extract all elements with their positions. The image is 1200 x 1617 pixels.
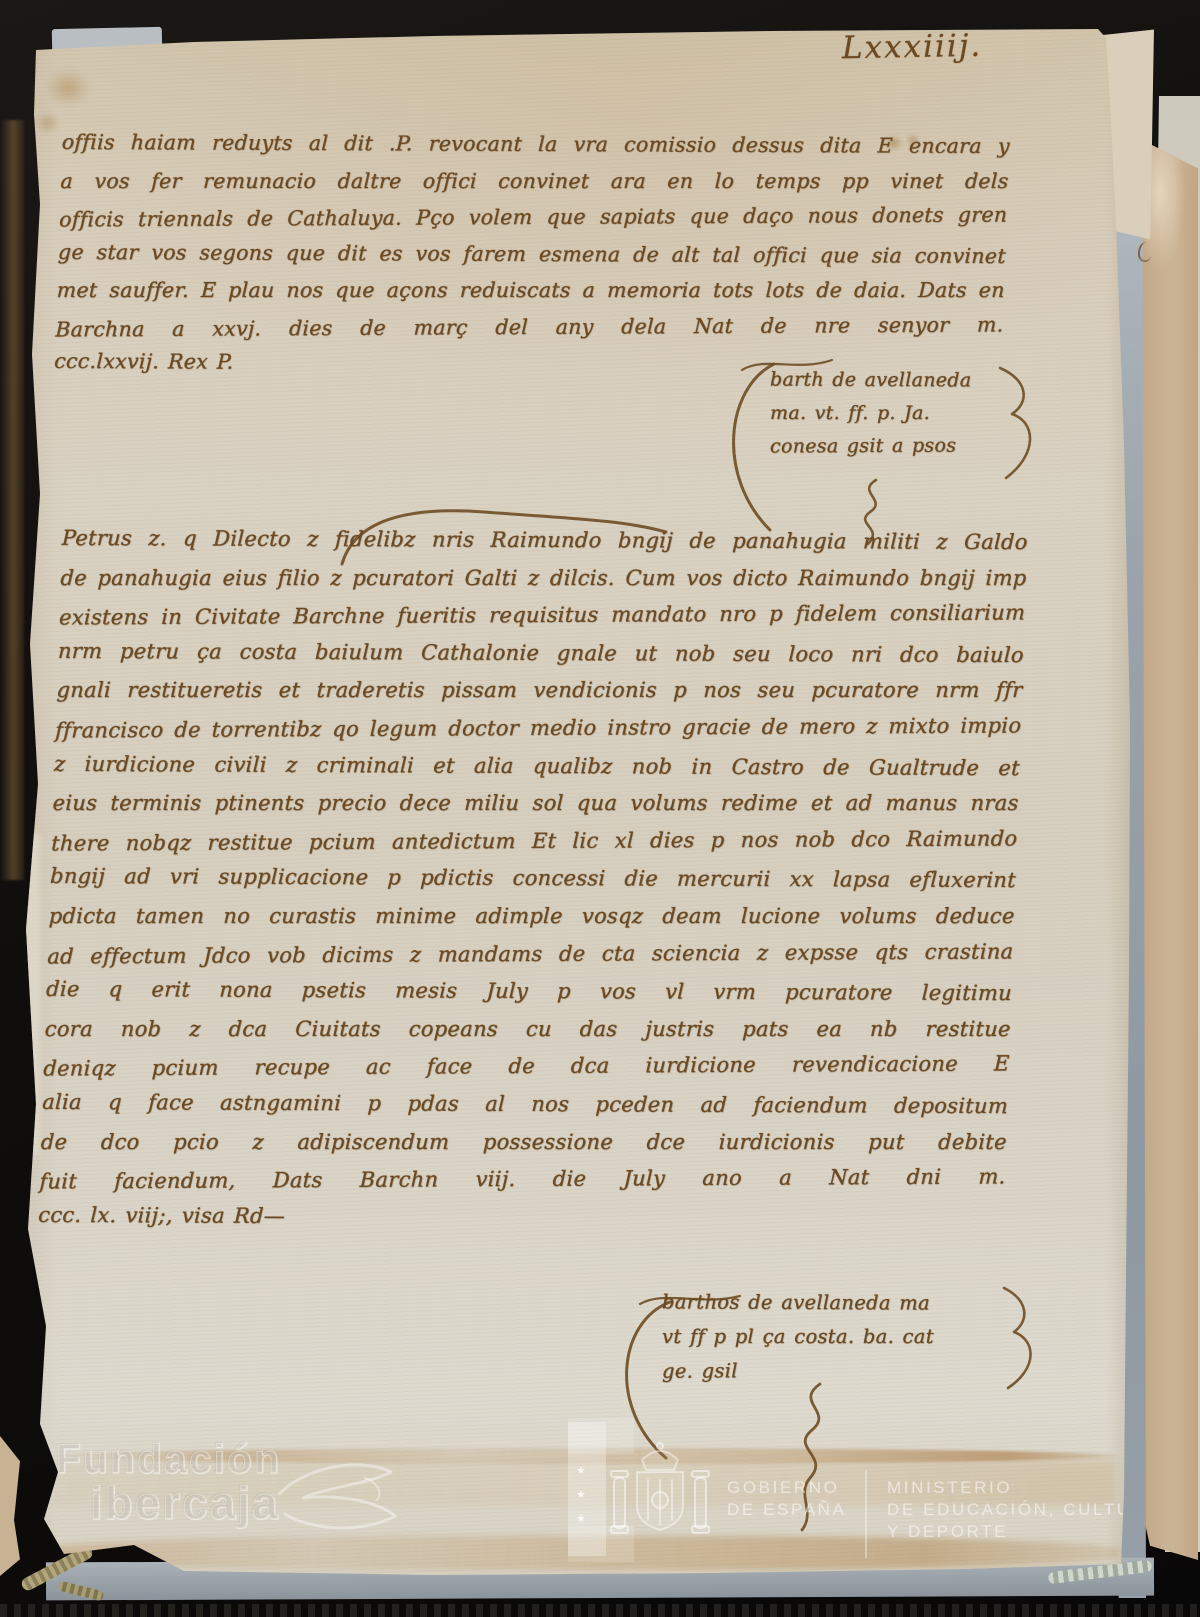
manuscript-text-line: ge. gsil <box>662 1353 934 1388</box>
manuscript-text-line: ad effectum Jdco vob dicims z mandams de… <box>47 933 1014 976</box>
manuscript-text-line: met sauffer. E plau nos que açons reduis… <box>56 272 1005 309</box>
bracket-flourish-right-2 <box>996 1282 1050 1397</box>
stain <box>30 108 64 138</box>
manuscript-text-line: conesa gsit a psos <box>770 429 972 463</box>
worn-edge-patch <box>14 834 40 1154</box>
manuscript-text-line: barthos de avellaneda ma <box>662 1285 934 1320</box>
signature-block-1: barth de avellanedama. vt. ff. p. Ja.con… <box>770 364 971 463</box>
manuscript-text-line: de panahugia eius filio z pcuratori Galt… <box>60 560 1027 598</box>
gobierno-text-line1: GOBIERNO <box>727 1477 839 1499</box>
manuscript-text-line: a vos fer remunacio daltre offici convin… <box>60 163 1009 200</box>
eu-star-icon: ★ <box>576 1514 586 1525</box>
photo-film-edge <box>0 1604 1200 1617</box>
page-corner-bottom-left <box>0 1436 20 1576</box>
photo-background: Lxxxiiij. offiis haiam reduyts al dit .P… <box>0 0 1200 1617</box>
manuscript-text-line: gnali restitueretis et traderetis pissam… <box>56 672 1023 710</box>
manuscript-text-line: there nobqz restitue pcium antedictum Et… <box>51 820 1018 863</box>
eu-star-icon: ★ <box>576 1466 586 1477</box>
gobierno-text-line2: DE ESPAÑA <box>727 1499 846 1521</box>
watermark-divider-line <box>865 1470 867 1558</box>
ministerio-text-line2: DE EDUCACIÓN, CULTURA <box>887 1499 1160 1521</box>
manuscript-text-line: z iurdicione civili z criminali et alia … <box>53 745 1020 787</box>
manuscript-page: Lxxxiiij. offiis haiam reduyts al dit .P… <box>14 24 1140 1590</box>
eu-flag-cap-bottom <box>568 1526 634 1562</box>
manuscript-text-line: deniqz pcium recupe ac face de dca iurdi… <box>43 1046 1010 1089</box>
manuscript-text-line: alia q face astngamini p pdas al nos pce… <box>41 1084 1008 1126</box>
manuscript-text-line: bngij ad vri supplicacione p pdictis con… <box>49 858 1016 900</box>
manuscript-text-line: nrm petru ça costa baiulum Cathalonie gn… <box>57 633 1024 675</box>
eu-star-icon: ★ <box>576 1490 586 1501</box>
manuscript-text-line: ma. vt. ff. p. Ja. <box>770 397 971 430</box>
watermark-ibercaja-text: ibercaja <box>90 1476 280 1530</box>
binding-edge <box>0 120 24 880</box>
manuscript-text-line: cora nob z dca Ciuitats copeans cu das j… <box>44 1011 1011 1049</box>
manuscript-text-line: die q erit nona psetis mesis July p vos … <box>45 971 1012 1013</box>
eu-flag-cap-top <box>568 1418 634 1454</box>
manuscript-text-line: officis triennals de Cathaluya. Pço vole… <box>59 197 1008 238</box>
paragraph-2: Petrus z. q Dilecto z fidelibz nris Raim… <box>38 522 1029 1236</box>
manuscript-text-line: vt ff p pl ça costa. ba. cat <box>662 1320 934 1354</box>
manuscript-text-line: barth de avellaneda <box>770 364 972 398</box>
manuscript-text-line: fuit faciendum, Dats Barchn viij. die Ju… <box>39 1159 1006 1202</box>
paragraph-1: offiis haiam reduyts al dit .P. revocant… <box>54 126 1011 382</box>
manuscript-text-line: ge star vos segons que dit es vos farem … <box>57 233 1006 274</box>
manuscript-text-line: existens in Civitate Barchne fueritis re… <box>59 595 1026 638</box>
manuscript-text-line: de dco pcio z adipiscendum possessione d… <box>40 1124 1007 1162</box>
manuscript-text-line: ccc. lx. viij;, visa Rd— <box>38 1197 1005 1239</box>
manuscript-text-line: Petrus z. q Dilecto z fidelibz nris Raim… <box>61 520 1028 562</box>
manuscript-text-line: eius terminis ptinents precio dece miliu… <box>52 785 1019 823</box>
folio-number: Lxxxiiij. <box>842 23 983 71</box>
manuscript-text-line: Barchna a xxvj. dies de març del any del… <box>55 306 1004 347</box>
manuscript-text-line: offiis haiam reduyts al dit .P. revocant… <box>61 124 1010 165</box>
ministerio-text-line3: Y DEPORTE <box>887 1521 1008 1543</box>
eu-flag-bar <box>568 1422 606 1556</box>
ministerio-text-line1: MINISTERIO <box>887 1477 1012 1499</box>
swan-icon <box>269 1452 404 1542</box>
manuscript-text-line: ffrancisco de torrentibz qo legum doctor… <box>55 707 1022 750</box>
signature-block-2: barthos de avellaneda mavt ff p pl ça co… <box>662 1286 934 1388</box>
stain <box>38 62 98 114</box>
manuscript-text-line: pdicta tamen no curastis minime adimple … <box>48 898 1015 936</box>
